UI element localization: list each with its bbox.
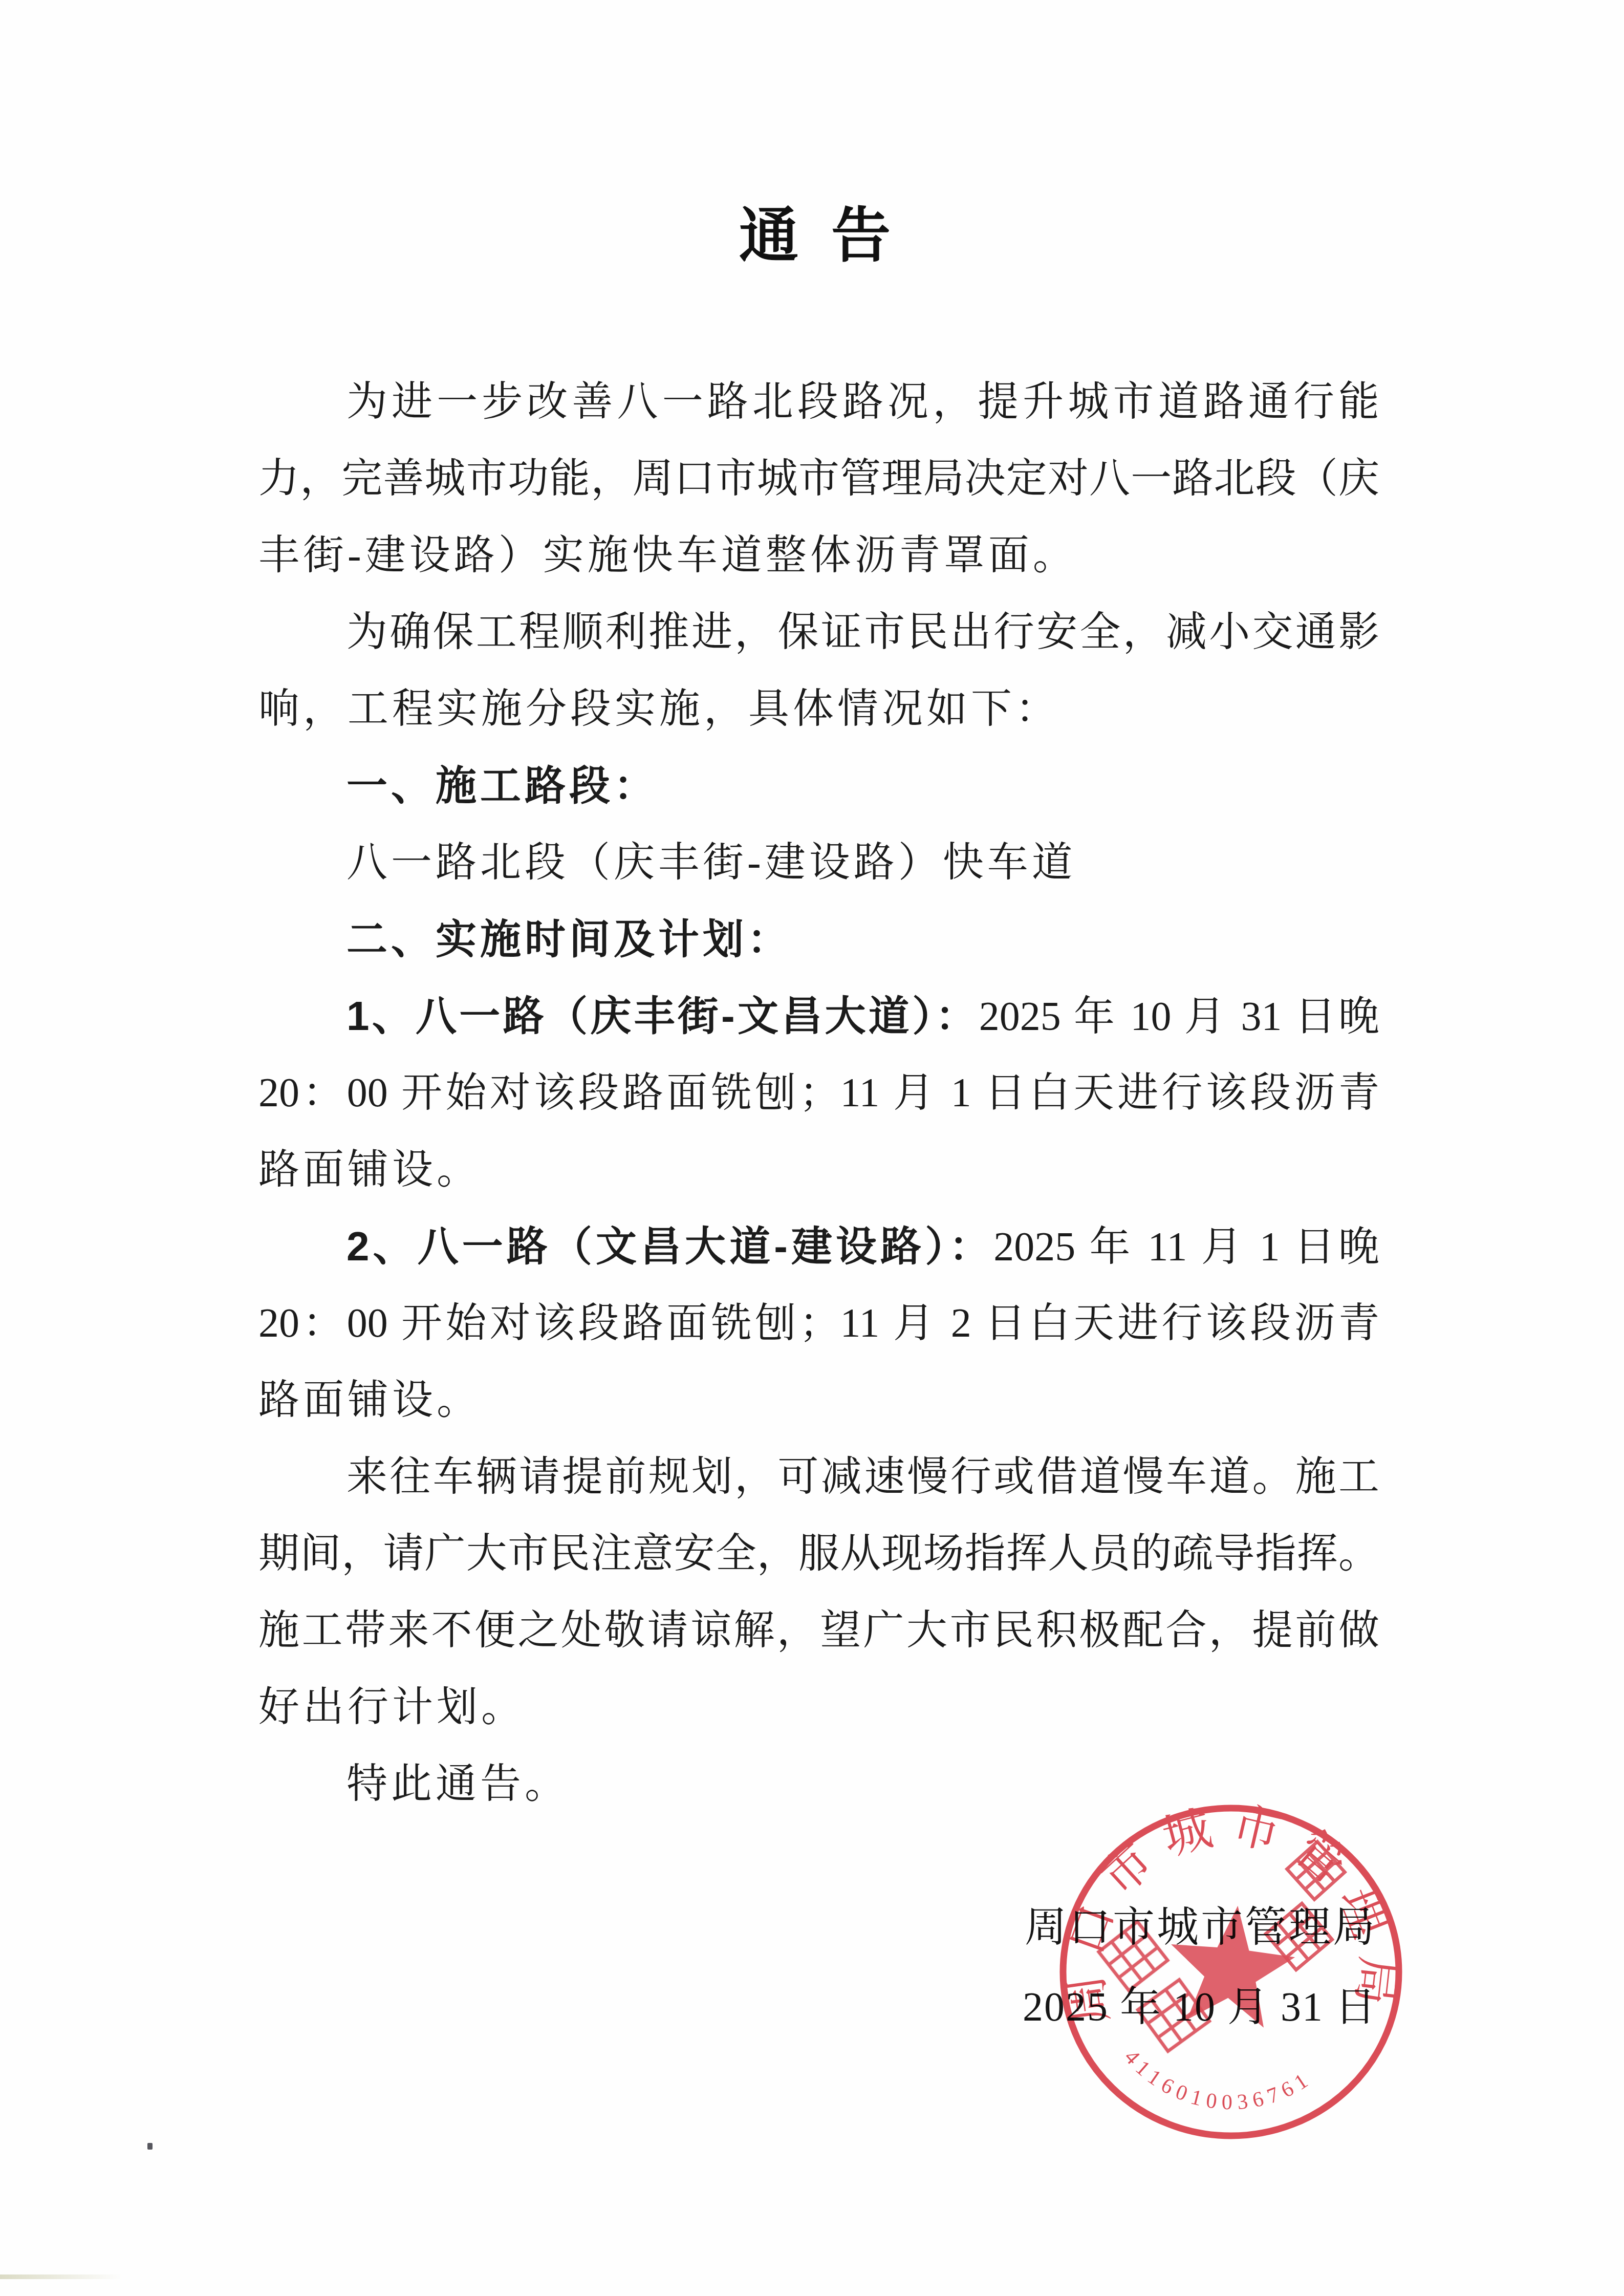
- body-line: 路面铺设。: [258, 1131, 1379, 1208]
- body-text: 施工带来不便之处敬请谅解，望广大市民积极配合，提前做: [258, 1608, 1379, 1653]
- seal-star-icon: [1163, 1899, 1300, 2030]
- body-text: 好出行计划。: [258, 1685, 526, 1730]
- body-text-bold: 2、八一路（文昌大道-建设路）：: [347, 1224, 993, 1269]
- body-line: 20：00 开始对该段路面铣刨；11 月 1 日白天进行该段沥青: [258, 1055, 1379, 1131]
- page-title: 通 告: [258, 196, 1379, 275]
- body-line: 来往车辆请提前规划，可减速慢行或借道慢车道。施工: [258, 1439, 1379, 1515]
- body-line: 20：00 开始对该段路面铣刨；11 月 2 日白天进行该段沥青: [258, 1285, 1379, 1362]
- body-text: 来往车辆请提前规划，可减速慢行或借道慢车道。施工: [347, 1454, 1379, 1499]
- notice-document-page: 通 告 为进一步改善八一路北段路况，提升城市道路通行能力，完善城市功能，周口市城…: [0, 0, 1624, 2296]
- body-text: 丰街-建设路）实施快车道整体沥青罩面。: [258, 533, 1077, 578]
- body-text-bold: 一、施工路段：: [347, 763, 658, 808]
- body-line: 响，工程实施分段实施，具体情况如下：: [258, 671, 1379, 747]
- body-text: 响，工程实施分段实施，具体情况如下：: [258, 686, 1060, 732]
- body-text: 2025 年 11 月 1 日晚: [993, 1225, 1379, 1270]
- body-text: 特此通告。: [347, 1762, 569, 1807]
- body-line: 施工带来不便之处敬请谅解，望广大市民积极配合，提前做: [258, 1592, 1379, 1669]
- body-line: 为进一步改善八一路北段路况，提升城市道路通行能: [258, 363, 1379, 440]
- body-text-bold: 二、实施时间及计划：: [347, 916, 792, 962]
- body-line: 二、实施时间及计划：: [258, 901, 1379, 978]
- body-text: 路面铺设。: [258, 1147, 481, 1192]
- body-text: 20：00 开始对该段路面铣刨；11 月 1 日白天进行该段沥青: [258, 1070, 1379, 1115]
- body-text: 期间，请广大市民注意安全，服从现场指挥人员的疏导指挥。: [258, 1531, 1379, 1576]
- seal-number: 4116010036761: [1119, 2045, 1316, 2114]
- official-seal-icon: 周口市城市管理局 4116010036761: [1049, 1792, 1413, 2150]
- body-line: 好出行计划。: [258, 1669, 1379, 1746]
- body-line: 一、施工路段：: [258, 747, 1379, 824]
- body-text: 八一路北段（庆丰街-建设路）快车道: [347, 840, 1076, 885]
- body-text: 路面铺设。: [258, 1378, 481, 1423]
- body-lines: 为进一步改善八一路北段路况，提升城市道路通行能力，完善城市功能，周口市城市管理局…: [258, 363, 1379, 1822]
- body-line: 期间，请广大市民注意安全，服从现场指挥人员的疏导指挥。: [258, 1515, 1379, 1592]
- body-text: 力，完善城市功能，周口市城市管理局决定对八一路北段（庆: [258, 456, 1379, 501]
- scan-smudge: [0, 2274, 123, 2279]
- body-line: 力，完善城市功能，周口市城市管理局决定对八一路北段（庆: [258, 440, 1379, 517]
- body-line: 为确保工程顺利推进，保证市民出行安全，减小交通影: [258, 594, 1379, 671]
- body-text-bold: 1、八一路（庆丰街-文昌大道）：: [347, 993, 979, 1039]
- body-text: 为进一步改善八一路北段路况，提升城市道路通行能: [347, 379, 1379, 424]
- body-text: 20：00 开始对该段路面铣刨；11 月 2 日白天进行该段沥青: [258, 1301, 1379, 1346]
- body-line: 路面铺设。: [258, 1362, 1379, 1439]
- body-line: 2、八一路（文昌大道-建设路）：2025 年 11 月 1 日晚: [258, 1208, 1379, 1285]
- body-text: 为确保工程顺利推进，保证市民出行安全，减小交通影: [347, 610, 1379, 655]
- body-line: 丰街-建设路）实施快车道整体沥青罩面。: [258, 517, 1379, 594]
- body-text: 2025 年 10 月 31 日晚: [979, 994, 1379, 1039]
- body-line: 八一路北段（庆丰街-建设路）快车道: [258, 824, 1379, 901]
- scan-speck: [147, 2143, 153, 2150]
- body-line: 1、八一路（庆丰街-文昌大道）：2025 年 10 月 31 日晚: [258, 978, 1379, 1055]
